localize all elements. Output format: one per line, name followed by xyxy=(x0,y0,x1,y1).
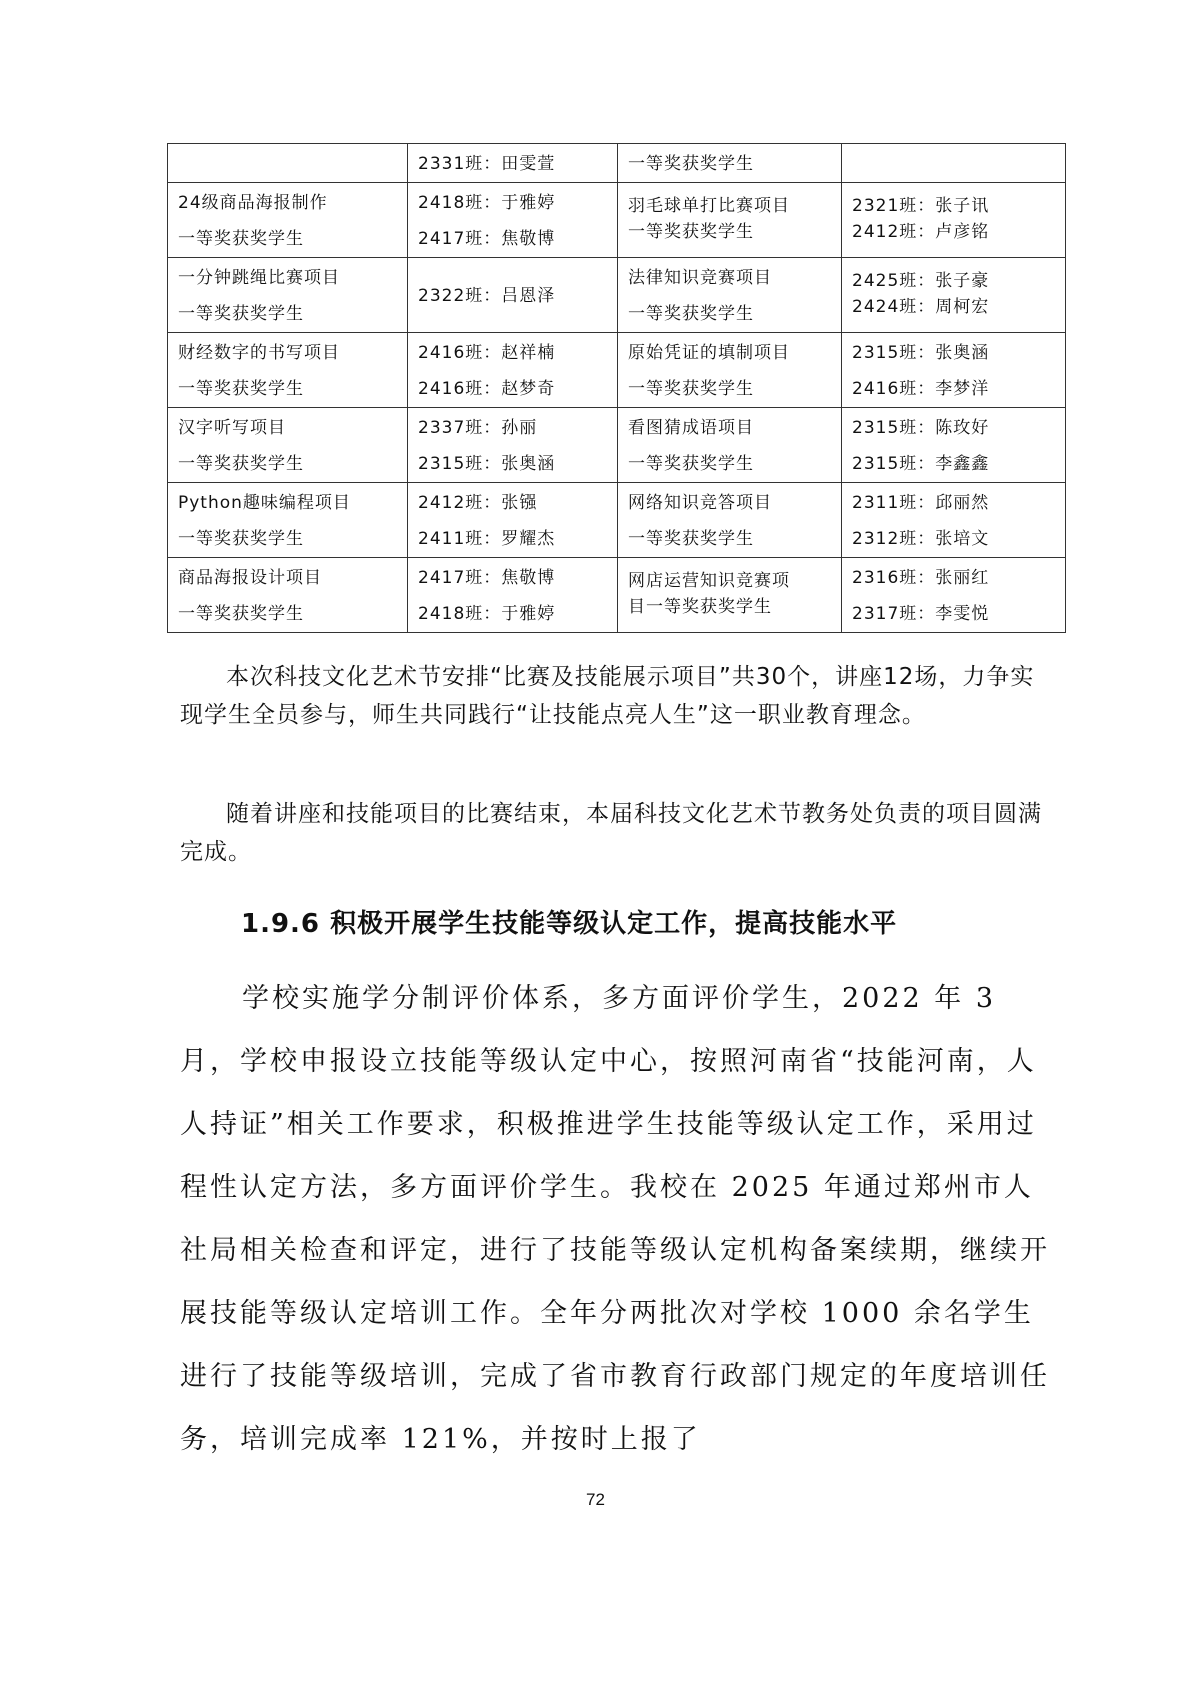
cell-text: 2337班：孙丽 xyxy=(418,410,607,446)
cell-text: 24级商品海报制作 xyxy=(178,185,397,221)
page-number: 72 xyxy=(0,1490,1191,1510)
cell-text: 网店运营知识竞赛项 xyxy=(628,568,831,594)
table-cell: 2315班：陈玫好2315班：李鑫鑫 xyxy=(842,408,1066,483)
cell-text: 商品海报设计项目 xyxy=(178,560,397,596)
cell-text: 2315班：张奥涵 xyxy=(418,446,607,482)
cell-text: 一等奖获奖学生 xyxy=(178,371,397,407)
cell-text: 2425班：张子豪 xyxy=(852,268,1055,294)
cell-text: 羽毛球单打比赛项目 xyxy=(628,193,831,219)
table-row: 商品海报设计项目一等奖获奖学生2417班：焦敬博2418班：于雅婷网店运营知识竞… xyxy=(168,558,1066,633)
table-row: Python趣味编程项目一等奖获奖学生2412班：张镪2411班：罗耀杰网络知识… xyxy=(168,483,1066,558)
cell-text: 2416班：赵梦奇 xyxy=(418,371,607,407)
cell-text: 2316班：张丽红 xyxy=(852,560,1055,596)
table-row: 24级商品海报制作一等奖获奖学生2418班：于雅婷2417班：焦敬博羽毛球单打比… xyxy=(168,183,1066,258)
table-cell: 2331班：田雯萱 xyxy=(408,144,618,183)
cell-text: 2322班：吕恩泽 xyxy=(418,278,607,314)
cell-text: 一分钟跳绳比赛项目 xyxy=(178,260,397,296)
table-cell: Python趣味编程项目一等奖获奖学生 xyxy=(168,483,408,558)
table-cell: 法律知识竞赛项目一等奖获奖学生 xyxy=(618,258,842,333)
table-cell: 2416班：赵祥楠2416班：赵梦奇 xyxy=(408,333,618,408)
table-cell: 2311班：邱丽然2312班：张培文 xyxy=(842,483,1066,558)
table-cell: 2321班：张子讯2412班：卢彦铭 xyxy=(842,183,1066,258)
section-body: 学校实施学分制评价体系，多方面评价学生，2022 年 3 月，学校申报设立技能等… xyxy=(180,967,1060,1471)
table-cell: 2425班：张子豪2424班：周柯宏 xyxy=(842,258,1066,333)
cell-text: 2412班：卢彦铭 xyxy=(852,219,1055,245)
cell-text: 2315班：张奥涵 xyxy=(852,335,1055,371)
cell-text: 2418班：于雅婷 xyxy=(418,185,607,221)
cell-text: 2311班：邱丽然 xyxy=(852,485,1055,521)
table-cell xyxy=(842,144,1066,183)
cell-text: Python趣味编程项目 xyxy=(178,485,397,521)
cell-text: 目一等奖获奖学生 xyxy=(628,594,831,620)
table-row: 财经数字的书写项目一等奖获奖学生2416班：赵祥楠2416班：赵梦奇原始凭证的填… xyxy=(168,333,1066,408)
cell-text: 2417班：焦敬博 xyxy=(418,221,607,257)
table-cell: 一分钟跳绳比赛项目一等奖获奖学生 xyxy=(168,258,408,333)
cell-text: 一等奖获奖学生 xyxy=(628,296,831,332)
table-cell: 2412班：张镪2411班：罗耀杰 xyxy=(408,483,618,558)
cell-text: 2418班：于雅婷 xyxy=(418,596,607,632)
table-cell: 商品海报设计项目一等奖获奖学生 xyxy=(168,558,408,633)
table-cell: 汉字听写项目一等奖获奖学生 xyxy=(168,408,408,483)
cell-text: 一等奖获奖学生 xyxy=(628,371,831,407)
paragraph-festival-summary: 本次科技文化艺术节安排“比赛及技能展示项目”共30个，讲座12场，力争实现学生全… xyxy=(180,658,1050,734)
cell-text: 2416班：赵祥楠 xyxy=(418,335,607,371)
cell-text: 2416班：李梦洋 xyxy=(852,371,1055,407)
cell-text: 2321班：张子讯 xyxy=(852,193,1055,219)
table-cell: 网店运营知识竞赛项目一等奖获奖学生 xyxy=(618,558,842,633)
cell-text: 2417班：焦敬博 xyxy=(418,560,607,596)
award-winners-table: 2331班：田雯萱一等奖获奖学生24级商品海报制作一等奖获奖学生2418班：于雅… xyxy=(167,143,1066,633)
cell-text: 一等奖获奖学生 xyxy=(178,596,397,632)
cell-text: 一等奖获奖学生 xyxy=(628,446,831,482)
table-cell: 2316班：张丽红2317班：李雯悦 xyxy=(842,558,1066,633)
cell-text: 一等奖获奖学生 xyxy=(178,221,397,257)
table-row: 一分钟跳绳比赛项目一等奖获奖学生2322班：吕恩泽法律知识竞赛项目一等奖获奖学生… xyxy=(168,258,1066,333)
cell-text: 一等奖获奖学生 xyxy=(178,296,397,332)
table-cell: 羽毛球单打比赛项目一等奖获奖学生 xyxy=(618,183,842,258)
cell-text: 汉字听写项目 xyxy=(178,410,397,446)
paragraph-festival-conclusion: 随着讲座和技能项目的比赛结束，本届科技文化艺术节教务处负责的项目圆满完成。 xyxy=(180,795,1050,871)
cell-text: 一等奖获奖学生 xyxy=(628,146,831,182)
table-cell: 财经数字的书写项目一等奖获奖学生 xyxy=(168,333,408,408)
table-cell: 2337班：孙丽2315班：张奥涵 xyxy=(408,408,618,483)
cell-text: 看图猜成语项目 xyxy=(628,410,831,446)
cell-text: 一等奖获奖学生 xyxy=(628,219,831,245)
cell-text: 原始凭证的填制项目 xyxy=(628,335,831,371)
table-cell: 原始凭证的填制项目一等奖获奖学生 xyxy=(618,333,842,408)
table-row: 2331班：田雯萱一等奖获奖学生 xyxy=(168,144,1066,183)
table-row: 汉字听写项目一等奖获奖学生2337班：孙丽2315班：张奥涵看图猜成语项目一等奖… xyxy=(168,408,1066,483)
table-cell: 一等奖获奖学生 xyxy=(618,144,842,183)
table-cell: 24级商品海报制作一等奖获奖学生 xyxy=(168,183,408,258)
cell-text: 2315班：李鑫鑫 xyxy=(852,446,1055,482)
cell-text: 一等奖获奖学生 xyxy=(178,521,397,557)
cell-text: 网络知识竞答项目 xyxy=(628,485,831,521)
table-cell: 2418班：于雅婷2417班：焦敬博 xyxy=(408,183,618,258)
cell-text: 2331班：田雯萱 xyxy=(418,146,607,182)
table-cell: 网络知识竞答项目一等奖获奖学生 xyxy=(618,483,842,558)
table-cell: 2322班：吕恩泽 xyxy=(408,258,618,333)
cell-text: 一等奖获奖学生 xyxy=(628,521,831,557)
cell-text: 2411班：罗耀杰 xyxy=(418,521,607,557)
cell-text: 2424班：周柯宏 xyxy=(852,294,1055,320)
cell-text: 2317班：李雯悦 xyxy=(852,596,1055,632)
table-cell: 2417班：焦敬博2418班：于雅婷 xyxy=(408,558,618,633)
cell-text: 2312班：张培文 xyxy=(852,521,1055,557)
table-cell: 2315班：张奥涵2416班：李梦洋 xyxy=(842,333,1066,408)
section-heading: 1.9.6 积极开展学生技能等级认定工作，提高技能水平 xyxy=(241,903,897,940)
table-cell xyxy=(168,144,408,183)
cell-text: 一等奖获奖学生 xyxy=(178,446,397,482)
cell-text: 法律知识竞赛项目 xyxy=(628,260,831,296)
cell-text: 财经数字的书写项目 xyxy=(178,335,397,371)
table-cell: 看图猜成语项目一等奖获奖学生 xyxy=(618,408,842,483)
cell-text: 2412班：张镪 xyxy=(418,485,607,521)
cell-text: 2315班：陈玫好 xyxy=(852,410,1055,446)
